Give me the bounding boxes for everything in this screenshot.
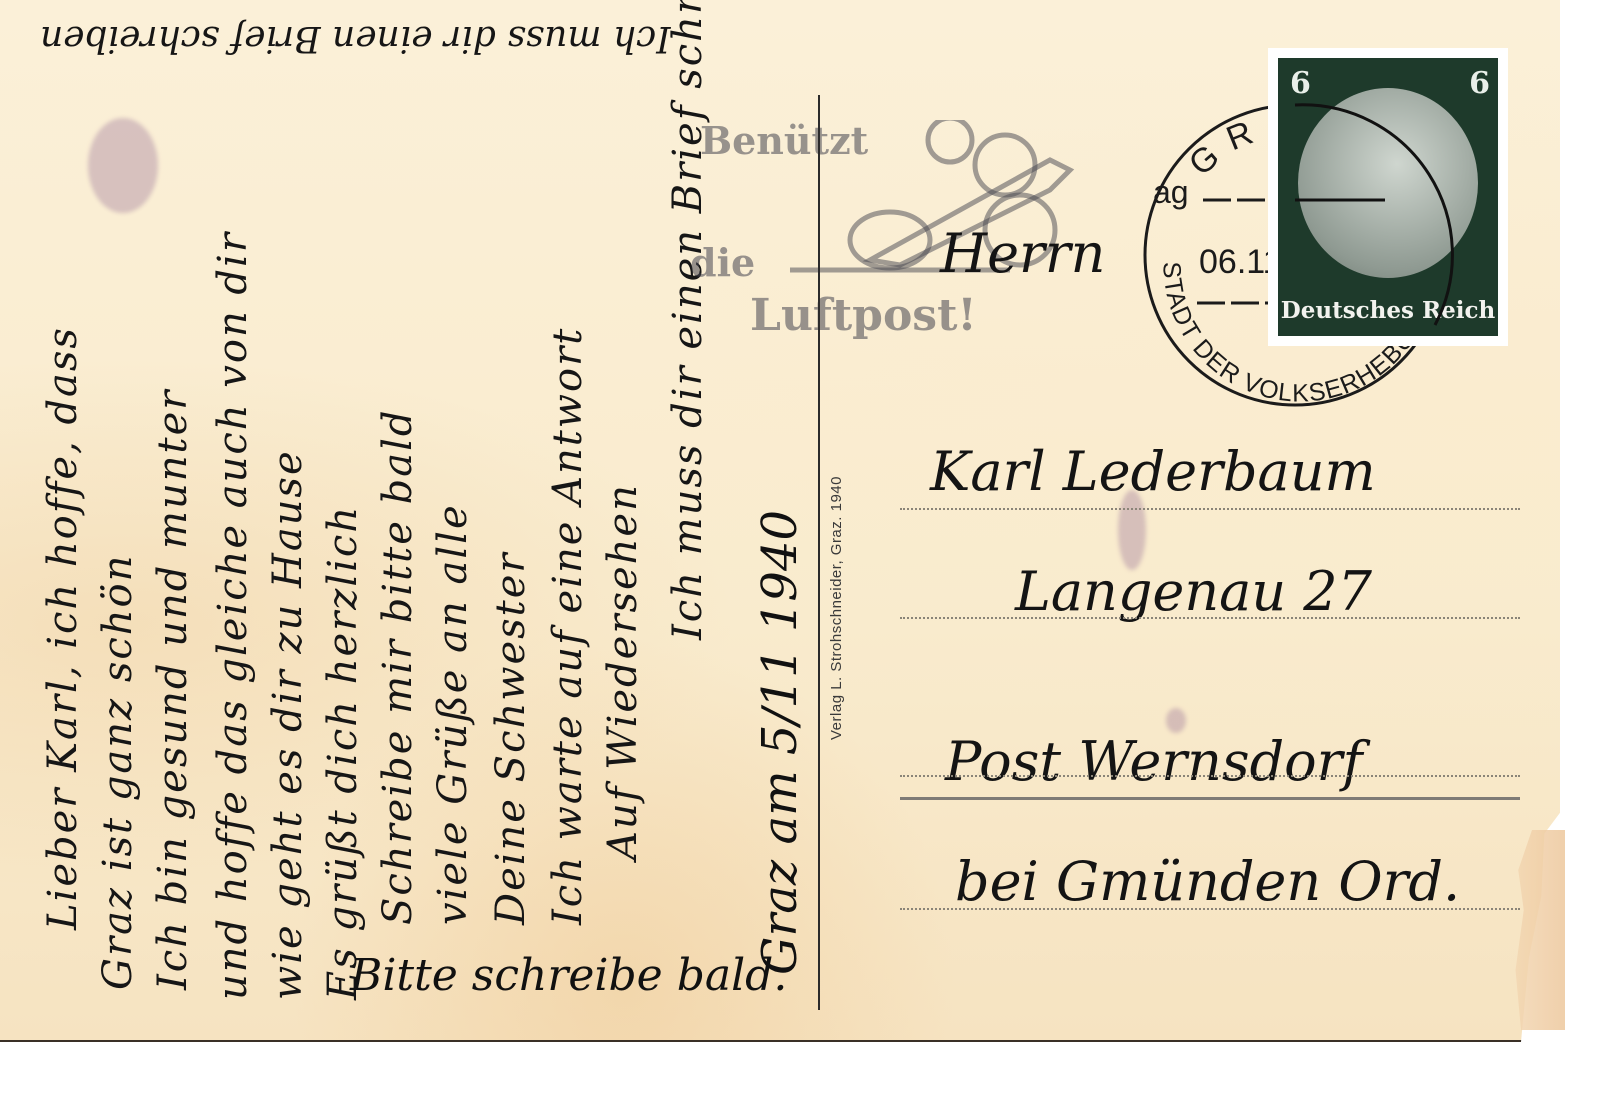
address-line-street: Langenau 27 xyxy=(1015,560,1372,623)
message-column: wie geht es dir zu Hause xyxy=(265,449,311,1000)
card-divider xyxy=(818,95,820,1010)
address-line-region: bei Gmünden Ord. xyxy=(955,850,1460,913)
address-line-post: Post Wernsdorf xyxy=(945,730,1362,793)
message-closing: Bitte schreibe bald. xyxy=(350,950,787,1001)
message-column: Deine Schwester xyxy=(488,551,534,925)
message-column: Graz ist ganz schön xyxy=(95,554,141,990)
address-rule xyxy=(900,775,1520,777)
address-rule xyxy=(900,508,1520,510)
address-rule xyxy=(900,908,1520,910)
message-date: Graz am 5/11 1940 xyxy=(752,510,808,975)
address-rule-solid xyxy=(900,797,1520,800)
message-column: Lieber Karl, ich hoffe, dass xyxy=(40,326,86,930)
postmark-overlay xyxy=(1135,95,1455,415)
message-top-line: Ich muss dir einen Brief schreiben xyxy=(40,18,671,59)
publisher-imprint: Verlag L. Strohschneider, Graz. 1940 xyxy=(828,476,845,740)
slogan-line-3: Luftpost! xyxy=(750,290,977,341)
message-column: viele Grüße an alle xyxy=(430,503,476,925)
address-salutation: Herrn xyxy=(940,222,1105,285)
message-column: und hoffe das gleiche auch von dir xyxy=(210,231,256,1000)
stamp-value-right: 6 xyxy=(1469,66,1490,101)
message-column: Auf Wiedersehen xyxy=(600,483,646,860)
address-rule xyxy=(900,617,1520,619)
message-column: Ich bin gesund und munter xyxy=(150,389,196,990)
slogan-line-1: Benützt xyxy=(700,118,868,163)
address-line-name: Karl Lederbaum xyxy=(930,440,1376,503)
ink-stain xyxy=(88,118,158,213)
slogan-line-2: die xyxy=(690,240,755,285)
message-column: Schreibe mir bitte bald xyxy=(375,409,421,926)
message-column: Ich warte auf eine Antwort xyxy=(545,327,591,925)
message-column: Es grüßt dich herzlich xyxy=(320,505,366,1000)
